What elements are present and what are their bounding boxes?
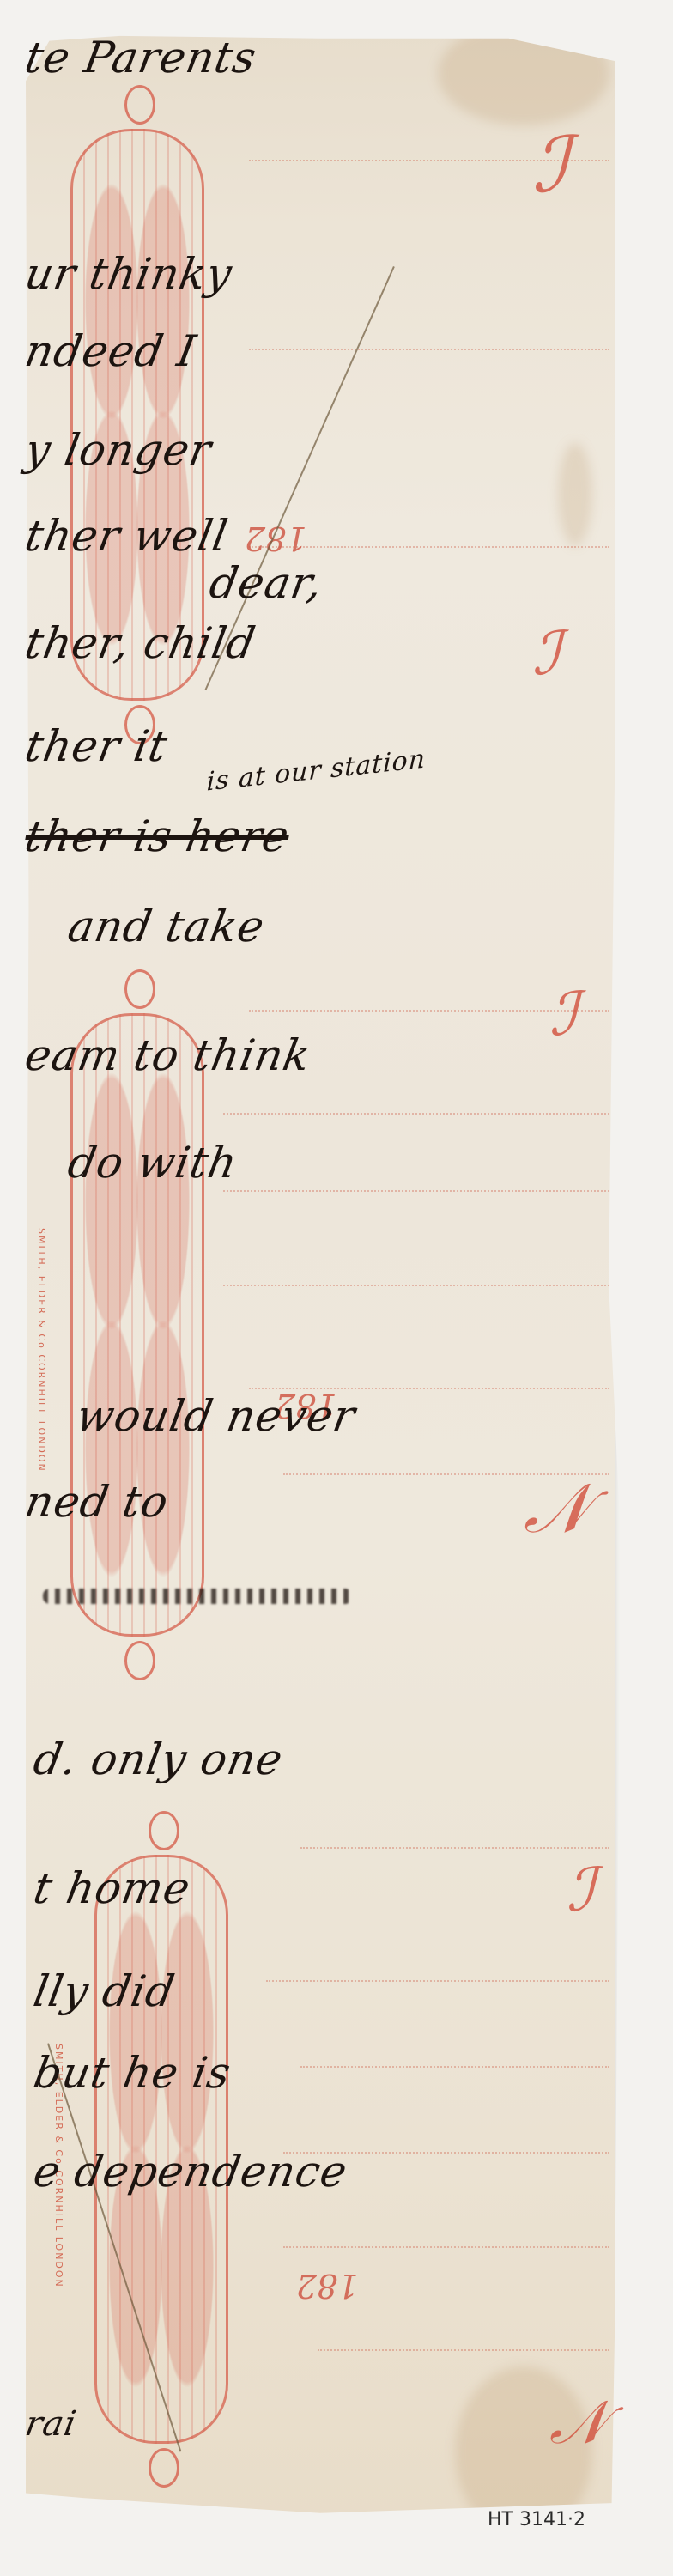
ruled-line [223, 1113, 609, 1115]
handwritten-line-struck: ther is here [21, 811, 294, 861]
ruled-line [300, 1847, 609, 1849]
ruled-line [283, 2246, 609, 2248]
ruled-line [223, 1190, 609, 1192]
red-flourish-letter: 𝒩 [524, 1468, 590, 1549]
handwritten-line: ndeed I [21, 326, 200, 376]
water-stain [438, 22, 609, 125]
handwritten-line: ur thinky [21, 249, 236, 299]
red-flourish-letter: ℐ [567, 1855, 595, 1925]
ruled-line [318, 2349, 609, 2351]
water-stain [558, 443, 592, 546]
red-flourish-letter: ℐ [549, 979, 578, 1049]
handwritten-line: y longer [21, 425, 215, 475]
handwritten-line: eam to think [21, 1030, 315, 1080]
handwritten-line: and take [64, 902, 269, 951]
handwritten-line: dear, [206, 558, 327, 608]
ink-smudge [43, 1589, 352, 1604]
handwritten-line: e dependence [30, 2147, 352, 2196]
red-flourish-letter: 𝒩 [549, 2387, 607, 2458]
handwritten-line: rai [22, 2404, 80, 2444]
red-engraved-ornament [70, 1013, 204, 1637]
red-flourish-letter: ℐ [532, 120, 568, 210]
handwritten-line: ther well [21, 511, 232, 561]
catalog-number: HT 3141·2 [488, 2509, 585, 2530]
handwritten-line: ned to [21, 1477, 173, 1527]
handwritten-line: but he is [30, 2048, 235, 2098]
ruled-line [266, 1980, 609, 1982]
ruled-line [223, 1285, 609, 1286]
red-engraved-ornament [70, 129, 204, 701]
handwritten-line: d. only one [30, 1735, 287, 1784]
handwritten-line: ther, child [21, 618, 260, 668]
red-flourish-letter: ℐ [532, 618, 561, 689]
handwritten-line: lly did [30, 1966, 179, 2016]
handwritten-line: ther it [21, 721, 172, 771]
printer-imprint: SMITH, ELDER & Co CORNHILL LONDON [36, 1228, 47, 1473]
printed-year-mark: 182 [245, 519, 307, 557]
handwritten-line: t home [30, 1863, 195, 1913]
printed-year-mark: 182 [296, 2267, 359, 2305]
handwritten-line: do with [64, 1138, 241, 1188]
handwritten-line: te Parents [21, 33, 260, 82]
ruled-line [300, 2066, 609, 2068]
handwritten-line: would never [73, 1391, 360, 1441]
ruled-line [249, 349, 609, 350]
